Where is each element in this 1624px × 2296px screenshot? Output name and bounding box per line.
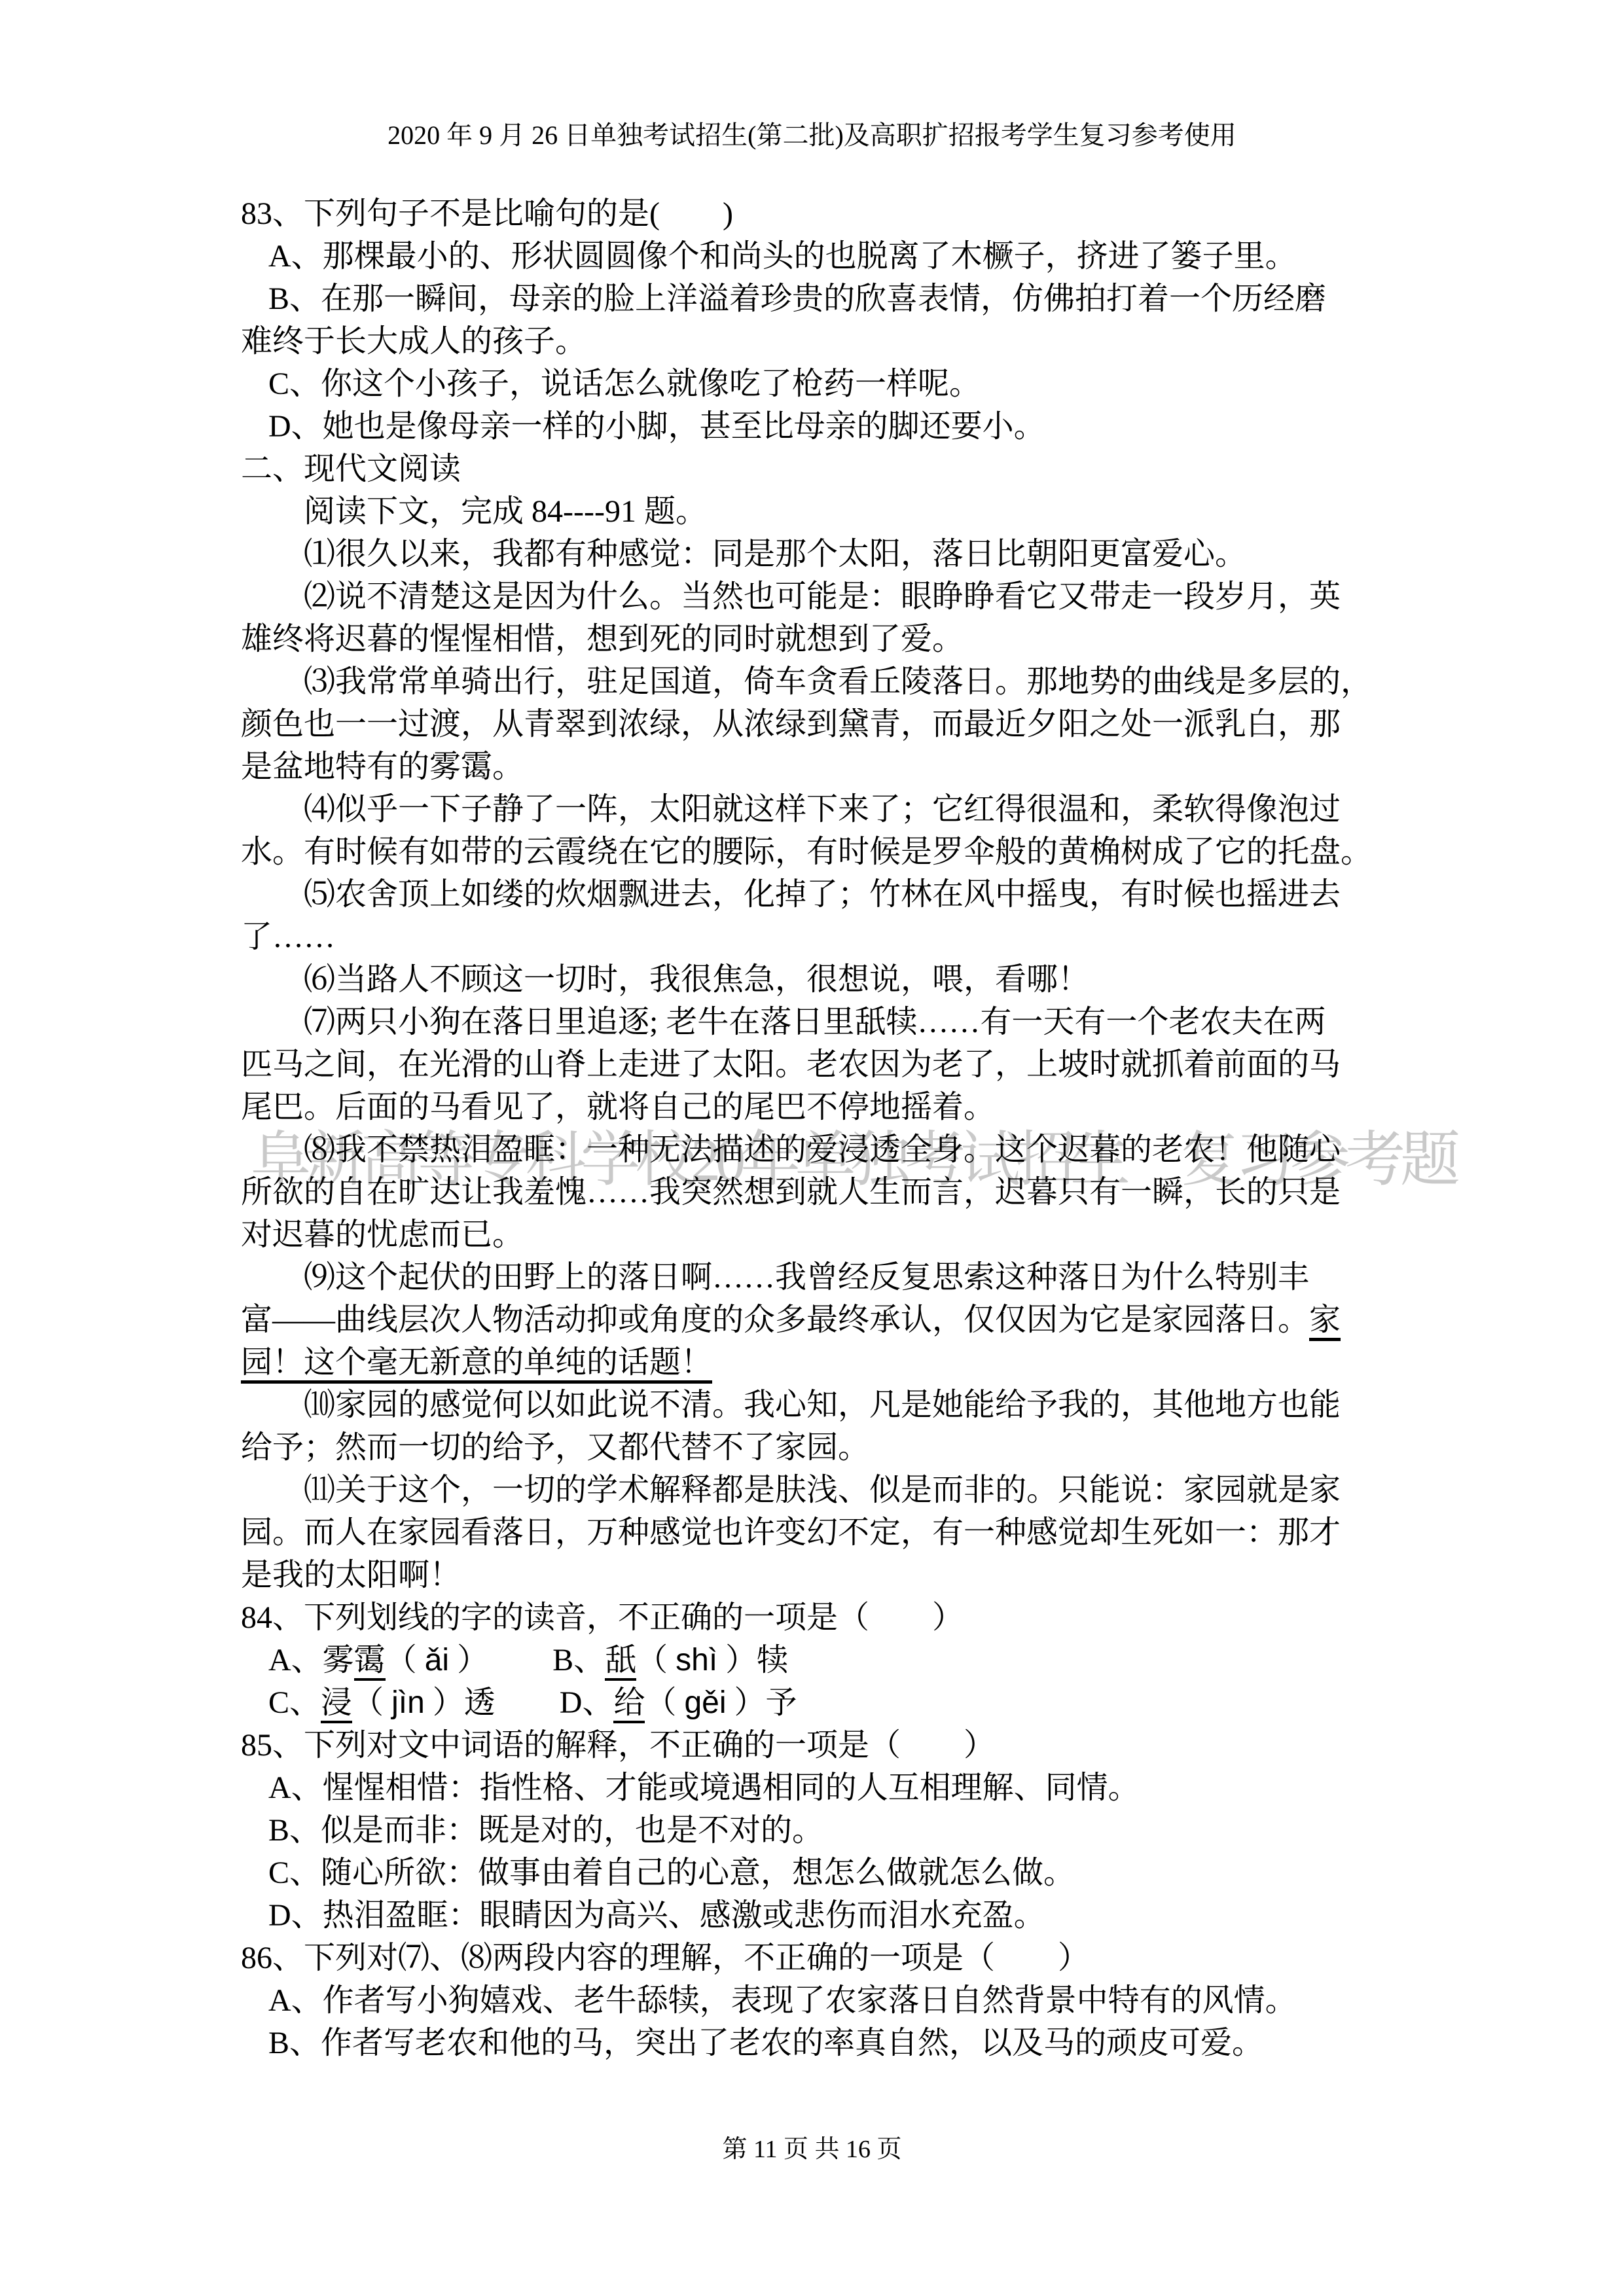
q85-option-b: B、似是而非：既是对的，也是不对的。 [241,1809,1398,1852]
q85-option-a: A、惺惺相惜：指性格、才能或境遇相同的人互相理解、同情。 [241,1767,1398,1809]
passage-line-19-underlined: 家 [1309,1302,1341,1341]
q84-b-pinyin: shì [676,1643,717,1677]
q84-a-paren-close: ） [449,1643,488,1677]
q84-a-pinyin: ǎi [425,1643,449,1677]
q83-option-b-continuation: 难终于长大成人的孩子。 [241,320,1398,363]
passage-line-5: 颜色也一一过渡，从青翠到浓绿，从浓绿到黛青，而最近夕阳之处一派乳白，那 [241,703,1398,745]
passage-line-17: 对迟暮的忧虑而已。 [241,1213,1398,1256]
reading-instruction: 阅读下文，完成 84----91 题。 [241,490,1398,533]
passage-line-20: 园！这个毫无新意的单纯的话题！ [241,1341,1398,1384]
q84-c-paren-close: ）透 [425,1685,496,1720]
passage-line-9: ⑸农舍顶上如缕的炊烟飘进去，化掉了；竹林在风中摇曳，有时候也摇进去 [241,873,1398,916]
q85-option-d: D、热泪盈眶：眼睛因为高兴、感激或悲伤而泪水充盈。 [241,1894,1398,1937]
passage-line-10: 了…… [241,916,1398,958]
passage-line-4: ⑶我常常单骑出行，驻足国道，倚车贪看丘陵落日。那地势的曲线是多层的， [241,660,1398,703]
q84-c-paren-open: （ [352,1685,391,1720]
q86-option-b: B、作者写老农和他的马，突出了老农的率真自然，以及马的顽皮可爱。 [241,2022,1398,2064]
q83-option-d: D、她也是像母亲一样的小脚，甚至比母亲的脚还要小。 [241,405,1398,448]
q84-options-row-2: C、浸（ jìn ）透D、给（ gěi ）予 [241,1681,1398,1724]
page-number: 第 11 页 共 16 页 [0,2128,1624,2164]
passage-line-19-text: 富——曲线层次人物活动抑或角度的众多最终承认，仅仅因为它是家园落日。 [241,1302,1309,1337]
q85-option-c: C、随心所欲：做事由着自己的心意，想怎么做就怎么做。 [241,1852,1398,1894]
passage-line-20-underlined: 园！这个毫无新意的单纯的话题！ [241,1345,712,1384]
q84-c-underlined-char: 浸 [321,1685,352,1723]
q86-option-a: A、作者写小狗嬉戏、老牛舔犊，表现了农家落日自然背景中特有的风情。 [241,1979,1398,2022]
passage-line-19: 富——曲线层次人物活动抑或角度的众多最终承认，仅仅因为它是家园落日。家 [241,1299,1398,1341]
passage-line-7: ⑷似乎一下子静了一阵，太阳就这样下来了；它红得很温和，柔软得像泡过 [241,788,1398,831]
q84-stem: 84、下列划线的字的读音，不正确的一项是（ ） [241,1596,1398,1639]
q84-c-label: C、 [268,1685,321,1720]
passage-line-15: ⑻我不禁热泪盈眶：一种无法描述的爱浸透全身。这个迟暮的老农！他随心 [241,1128,1398,1171]
q84-b-paren-close: ）犊 [717,1643,788,1677]
passage-line-25: 是我的太阳啊！ [241,1554,1398,1596]
document-body: 83、下列句子不是比喻句的是( ) A、那棵最小的、形状圆圆像个和尚头的也脱离了… [241,192,1398,2064]
q84-c-pinyin: jìn [391,1685,425,1720]
passage-line-22: 给予；然而一切的给予，又都代替不了家园。 [241,1426,1398,1469]
passage-line-18: ⑼这个起伏的田野上的落日啊……我曾经反复思索这种落日为什么特别丰 [241,1256,1398,1299]
q84-b-paren-open: （ [636,1643,676,1677]
passage-line-13: 匹马之间，在光滑的山脊上走进了太阳。老农因为老了，上坡时就抓着前面的马 [241,1043,1398,1086]
passage-line-1: ⑴很久以来，我都有种感觉：同是那个太阳，落日比朝阳更富爱心。 [241,533,1398,575]
q84-a-paren-open: （ [386,1643,425,1677]
q84-a-label: A、雾 [268,1643,354,1677]
passage-line-23: ⑾关于这个，一切的学术解释都是肤浅、似是而非的。只能说：家园就是家 [241,1469,1398,1511]
q84-a-underlined-char: 霭 [354,1643,386,1681]
passage-line-24: 园。而人在家园看落日，万种感觉也许变幻不定，有一种感觉却生死如一：那才 [241,1511,1398,1554]
q84-d-pinyin: gěi [684,1685,726,1720]
passage-line-16: 所欲的自在旷达让我羞愧……我突然想到就人生而言，迟暮只有一瞬，长的只是 [241,1171,1398,1213]
exam-page: 2020 年 9 月 26 日单独考试招生(第二批)及高职扩招报考学生复习参考使… [0,0,1624,2296]
section-heading: 二、现代文阅读 [241,448,1398,490]
q85-stem: 85、下列对文中词语的解释，不正确的一项是（ ） [241,1724,1398,1767]
q83-option-b: B、在那一瞬间，母亲的脸上洋溢着珍贵的欣喜表情，仿佛拍打着一个历经磨 [241,278,1398,320]
passage-line-6: 是盆地特有的雾霭。 [241,745,1398,788]
q86-stem: 86、下列对⑺、⑻两段内容的理解，不正确的一项是（ ） [241,1937,1398,1979]
q84-d-paren-open: （ [645,1685,684,1720]
passage-line-2: ⑵说不清楚这是因为什么。当然也可能是：眼睁睁看它又带走一段岁月，英 [241,575,1398,618]
q83-option-a: A、那棵最小的、形状圆圆像个和尚头的也脱离了木橛子，挤进了篓子里。 [241,235,1398,278]
q84-d-underlined-char: 给 [613,1685,645,1723]
q83-option-c: C、你这个小孩子，说话怎么就像吃了枪药一样呢。 [241,363,1398,405]
passage-line-21: ⑽家园的感觉何以如此说不清。我心知，凡是她能给予我的，其他地方也能 [241,1384,1398,1426]
q84-b-underlined-char: 舐 [605,1643,636,1681]
passage-line-8: 水。有时候有如带的云霞绕在它的腰际，有时候是罗伞般的黄桷树成了它的托盘。 [241,831,1398,873]
q84-options-row-1: A、雾霭（ ǎi ）B、舐（ shì ）犊 [241,1639,1398,1681]
passage-line-14: 尾巴。后面的马看见了，就将自己的尾巴不停地摇着。 [241,1086,1398,1128]
q83-stem: 83、下列句子不是比喻句的是( ) [241,192,1398,235]
passage-line-12: ⑺两只小狗在落日里追逐; 老牛在落日里舐犊……有一天有一个老农夫在两 [241,1001,1398,1043]
q84-d-label: D、 [560,1685,614,1720]
passage-line-3: 雄终将迟暮的惺惺相惜，想到死的同时就想到了爱。 [241,618,1398,660]
q84-d-paren-close: ）予 [727,1685,797,1720]
passage-line-11: ⑹当路人不顾这一切时，我很焦急，很想说，喂，看哪！ [241,958,1398,1001]
page-header: 2020 年 9 月 26 日单独考试招生(第二批)及高职扩招报考学生复习参考使… [0,120,1624,151]
q84-b-label: B、 [552,1643,605,1677]
